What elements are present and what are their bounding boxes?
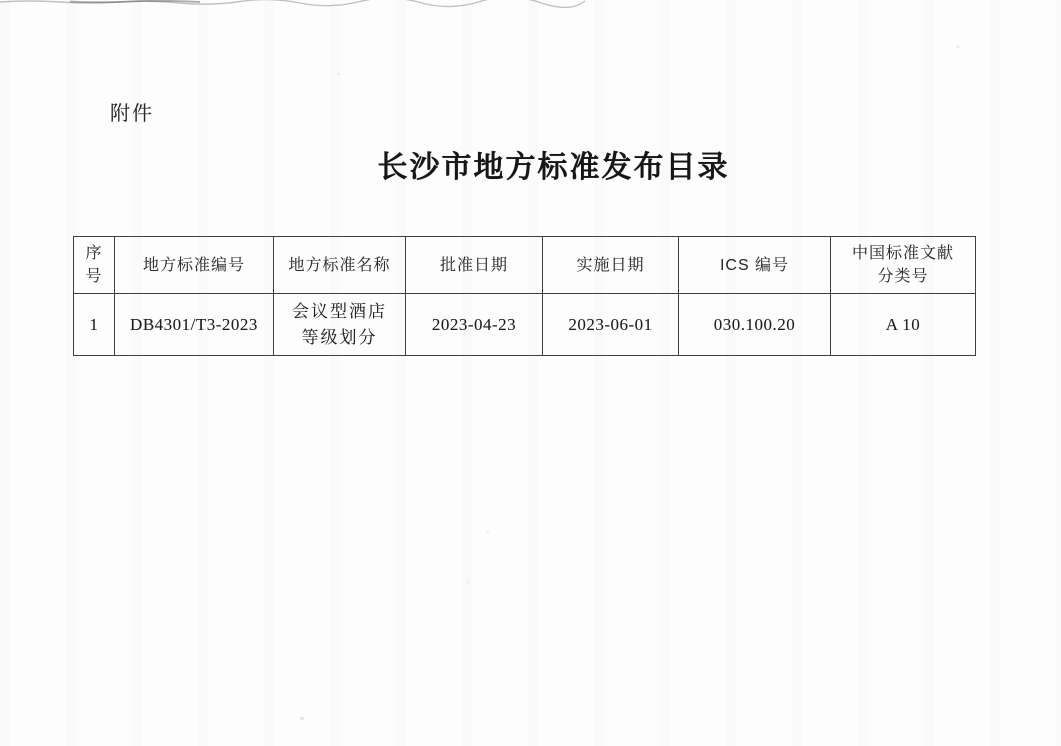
standards-directory-table: 序 号 地方标准编号 地方标准名称 批准日期 实施日期 ICS 编号 中国标准文… — [73, 236, 976, 356]
scan-speck — [486, 531, 489, 534]
scan-speck — [956, 45, 960, 48]
col-header-standard-number: 地方标准编号 — [115, 237, 274, 294]
scan-speck — [337, 73, 340, 75]
scan-edge-artifact — [0, 0, 600, 8]
table-row: 1 DB4301/T3-2023 会议型酒店 等级划分 2023-04-23 2… — [74, 294, 976, 356]
document-page: 附件 长沙市地方标准发布目录 序 号 地方标准编号 地方标准名称 批准日期 实施… — [0, 0, 1061, 746]
col-header-ics-number: ICS 编号 — [679, 237, 831, 294]
cell-classification-number: A 10 — [831, 294, 976, 356]
col-header-classification-number: 中国标准文献 分类号 — [831, 237, 976, 294]
cell-approval-date: 2023-04-23 — [406, 294, 543, 356]
table-header: 序 号 地方标准编号 地方标准名称 批准日期 实施日期 ICS 编号 中国标准文… — [74, 237, 976, 294]
header-row: 序 号 地方标准编号 地方标准名称 批准日期 实施日期 ICS 编号 中国标准文… — [74, 237, 976, 294]
col-header-standard-name: 地方标准名称 — [274, 237, 406, 294]
cell-standard-name: 会议型酒店 等级划分 — [274, 294, 406, 356]
col-header-index: 序 号 — [74, 237, 115, 294]
attachment-label: 附件 — [110, 97, 154, 126]
scan-speck — [300, 717, 304, 720]
col-header-approval-date: 批准日期 — [406, 237, 543, 294]
cell-ics-number: 030.100.20 — [679, 294, 831, 356]
page-title: 长沙市地方标准发布目录 — [23, 142, 1061, 186]
cell-standard-number: DB4301/T3-2023 — [115, 294, 274, 356]
col-header-implementation-date: 实施日期 — [543, 237, 679, 294]
cell-implementation-date: 2023-06-01 — [543, 294, 679, 356]
table-body: 1 DB4301/T3-2023 会议型酒店 等级划分 2023-04-23 2… — [74, 294, 976, 356]
scan-speck — [466, 581, 469, 584]
cell-index: 1 — [74, 294, 115, 356]
